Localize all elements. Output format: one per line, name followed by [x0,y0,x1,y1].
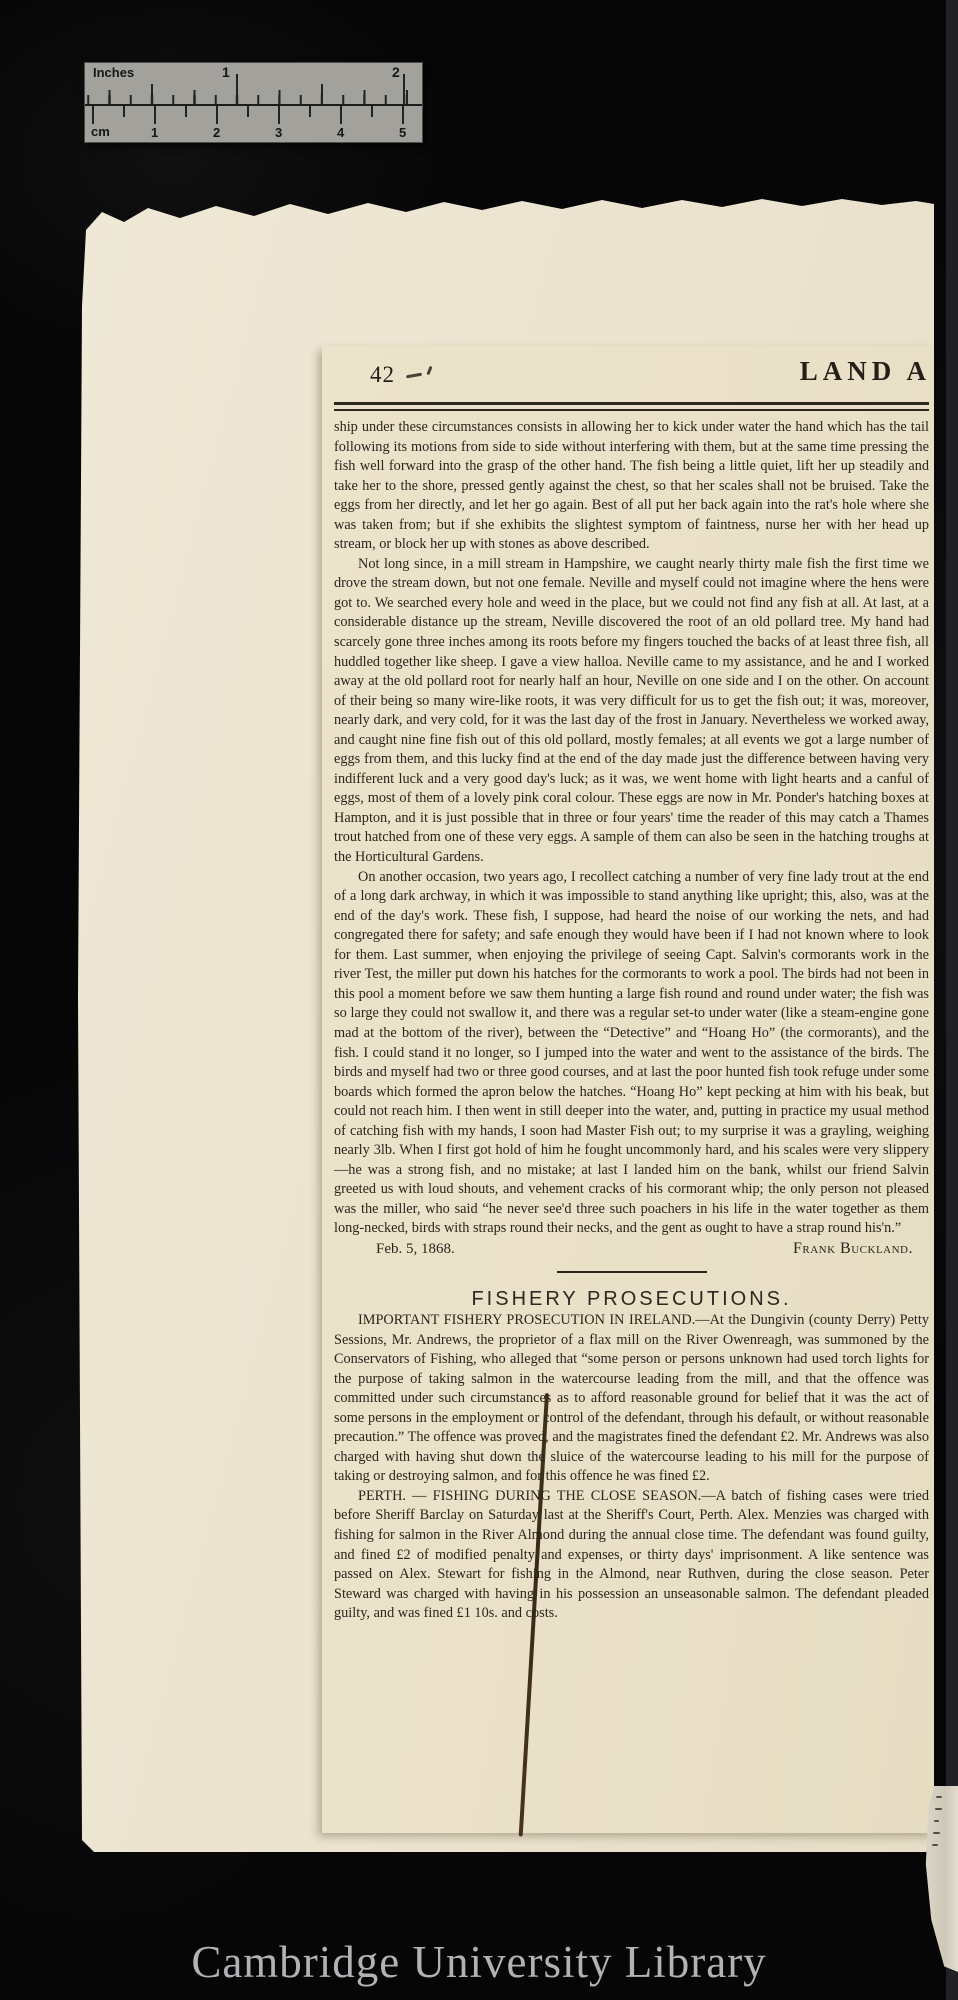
edge-text-fragment [935,1808,942,1810]
scan-background: Inches 1 2 cm 1 2 3 4 5 42 LAND A [0,0,958,2000]
article-paragraph: On another occasion, two years ago, I re… [334,868,929,1239]
edge-text-fragment [936,1796,942,1798]
article-paragraph: Not long since, in a mill stream in Hamp… [334,555,929,868]
ruler-cm-label: cm [91,124,110,139]
ruler-cm-scale: cm 1 2 3 4 5 [85,104,422,141]
clipping-content: 42 LAND A ship under these circumstances… [322,346,934,1624]
library-watermark: Cambridge University Library [0,1936,958,1988]
article-body: ship under these circumstances consists … [334,418,929,1258]
pencil-mark [426,366,432,375]
pencil-mark [406,373,422,378]
masthead: 42 LAND A [334,354,929,402]
section-paragraph: PERTH. — FISHING DURING THE CLOSE SEASON… [334,1487,929,1624]
ruler-cm-number: 4 [337,125,344,140]
section-paragraph: IMPORTANT FISHERY PROSECUTION IN IRELAND… [334,1311,929,1487]
edge-text-fragment [932,1844,938,1846]
masthead-rule [334,402,929,411]
article-date: Feb. 5, 1868. [376,1241,455,1258]
ruler-inch-scale: Inches 1 2 [85,63,422,104]
ruler-cm-number: 2 [213,125,220,140]
edge-text-fragment [933,1832,940,1834]
album-page: 42 LAND A ship under these circumstances… [76,196,934,1852]
ruler-inch-number: 2 [392,64,400,80]
ruler-inches-label: Inches [93,65,134,80]
ruler-cm-number: 1 [151,125,158,140]
ruler-cm-number: 5 [399,125,406,140]
ruler-cm-number: 3 [275,125,282,140]
article-paragraph: ship under these circumstances consists … [334,418,929,555]
article-signature: Frank Buckland. [793,1240,913,1258]
signature-row: Feb. 5, 1868. Frank Buckland. [334,1239,929,1258]
ruler-inch-number: 1 [222,64,230,80]
page-number: 42 [370,362,395,388]
book-spine-edge [946,0,958,2000]
section-divider-rule [557,1271,707,1273]
measurement-ruler: Inches 1 2 cm 1 2 3 4 5 [84,62,423,143]
journal-title: LAND A [800,356,931,387]
section-heading: FISHERY PROSECUTIONS. [334,1288,929,1311]
edge-text-fragment [934,1820,939,1822]
newspaper-clipping: 42 LAND A ship under these circumstances… [322,346,934,1833]
